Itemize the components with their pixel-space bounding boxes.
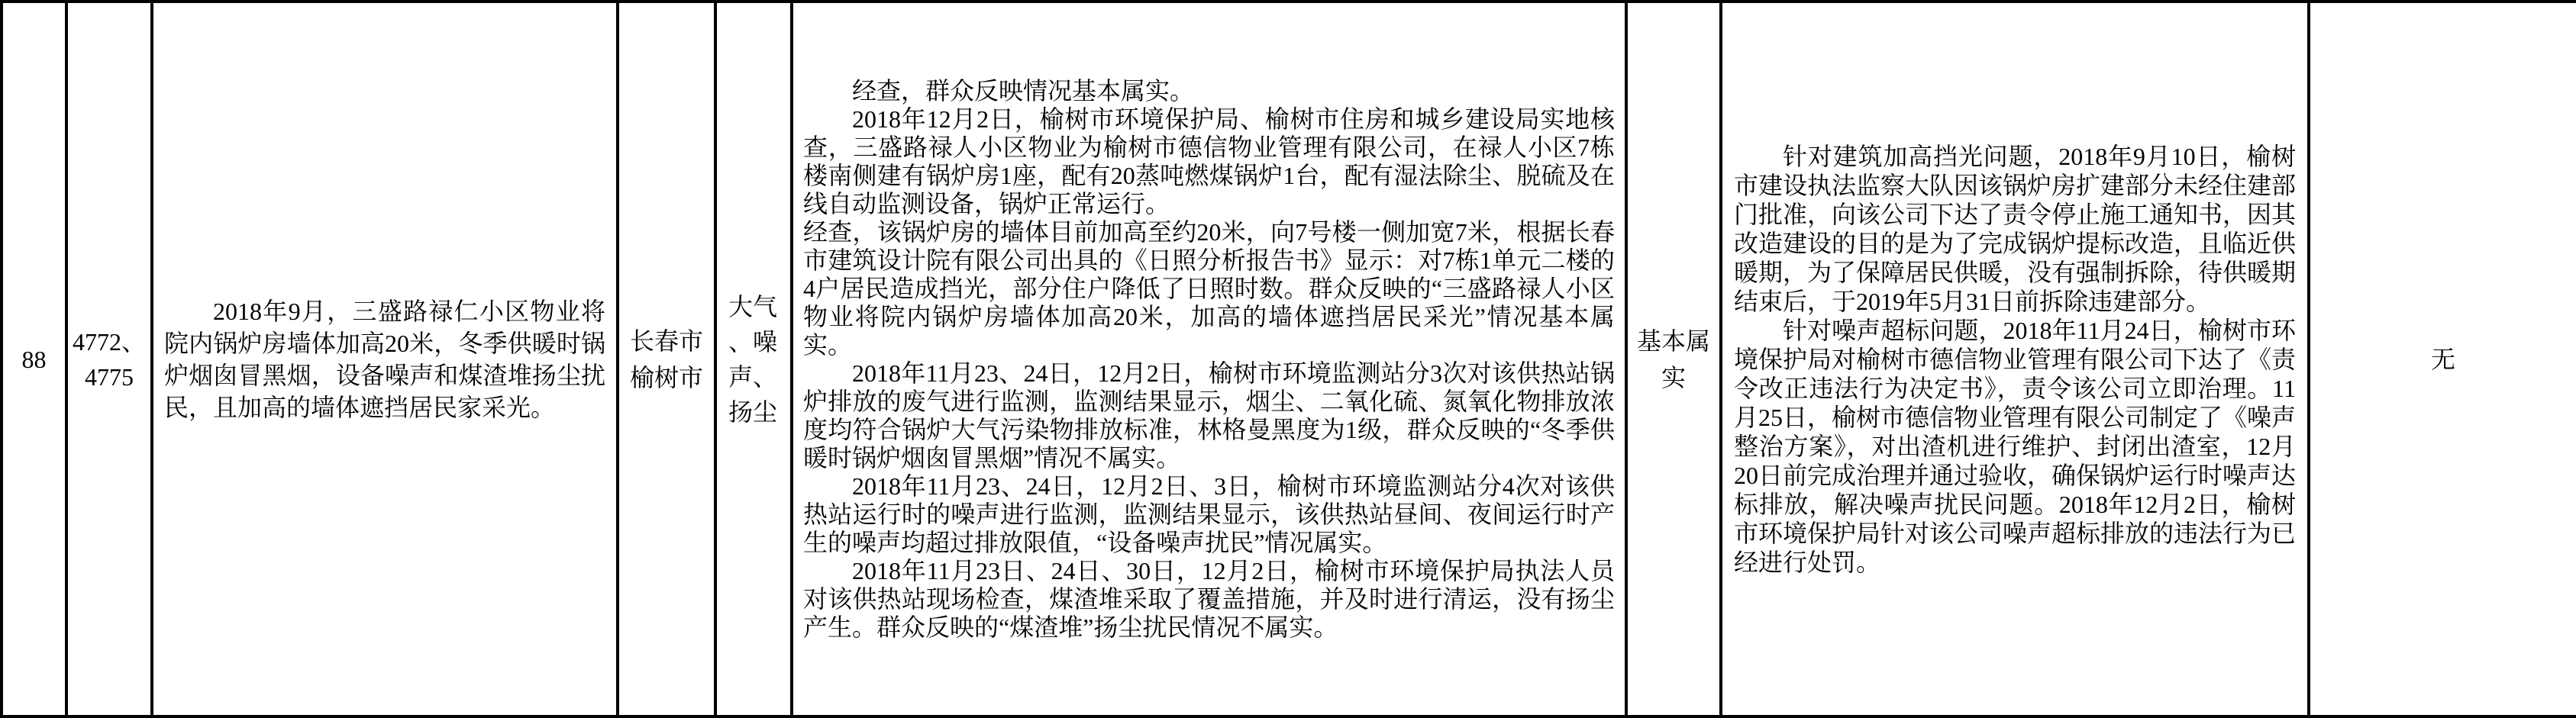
sequence-number: 88	[4, 341, 64, 378]
table-row: 88 4772、4775 2018年9月，三盛路禄仁小区物业将院内锅炉房墙体加高…	[2, 2, 2576, 716]
paragraph: 经查，该锅炉房的墙体目前加高至约20米，向7号楼一侧加宽7米，根据长春市建筑设计…	[803, 218, 1615, 359]
cell-handling-measures: 针对建筑加高挡光问题，2018年9月10日，榆树市建设执法监察大队因该锅炉房扩建…	[1721, 2, 2309, 716]
document-page: { "colors": { "border": "#000000", "text…	[0, 0, 2576, 718]
paragraph: 针对噪声超标问题，2018年11月24日，榆树市环境保护局对榆树市德信物业管理有…	[1734, 316, 2296, 577]
handling-paragraphs: 针对建筑加高挡光问题，2018年9月10日，榆树市建设执法监察大队因该锅炉房扩建…	[1734, 142, 2296, 577]
paragraph: 2018年11月23、24日，12月2日，榆树市环境监测站分3次对该供热站锅炉排…	[803, 359, 1615, 472]
paragraph: 2018年11月23日、24日、30日，12月2日，榆树市环境保护局执法人员对该…	[803, 557, 1615, 642]
paragraph: 2018年11月23、24日，12月2日、3日，榆树市环境监测站分4次对该供热站…	[803, 472, 1615, 557]
verification-paragraphs: 经查，群众反映情况基本属实。2018年12月2日，榆树市环境保护局、榆树市住房和…	[803, 77, 1615, 642]
pollution-category-text: 大气、噪声、扬尘	[728, 289, 779, 430]
cell-complaint-description: 2018年9月，三盛路禄仁小区物业将院内锅炉房墙体加高20米，冬季供暖时锅炉烟囱…	[152, 2, 618, 716]
accountability-text: 无	[2311, 341, 2575, 378]
case-numbers: 4772、4775	[69, 324, 149, 394]
cell-case-numbers: 4772、4775	[66, 2, 152, 716]
paragraph: 针对建筑加高挡光问题，2018年9月10日，榆树市建设执法监察大队因该锅炉房扩建…	[1734, 142, 2296, 316]
cell-pollution-category: 大气、噪声、扬尘	[715, 2, 792, 716]
paragraph: 经查，群众反映情况基本属实。	[803, 77, 1615, 105]
complaint-handling-table: 88 4772、4775 2018年9月，三盛路禄仁小区物业将院内锅炉房墙体加高…	[0, 0, 2576, 718]
region-text: 长春市榆树市	[628, 323, 705, 396]
cell-verdict: 基本属实	[1626, 2, 1721, 716]
verdict-text: 基本属实	[1635, 323, 1712, 396]
cell-verification-result: 经查，群众反映情况基本属实。2018年12月2日，榆树市环境保护局、榆树市住房和…	[792, 2, 1626, 716]
cell-region: 长春市榆树市	[618, 2, 715, 716]
cell-accountability: 无	[2309, 2, 2576, 716]
complaint-text: 2018年9月，三盛路禄仁小区物业将院内锅炉房墙体加高20米，冬季供暖时锅炉烟囱…	[164, 295, 605, 423]
cell-sequence-number: 88	[2, 2, 66, 716]
paragraph: 2018年12月2日，榆树市环境保护局、榆树市住房和城乡建设局实地核查，三盛路禄…	[803, 105, 1615, 218]
